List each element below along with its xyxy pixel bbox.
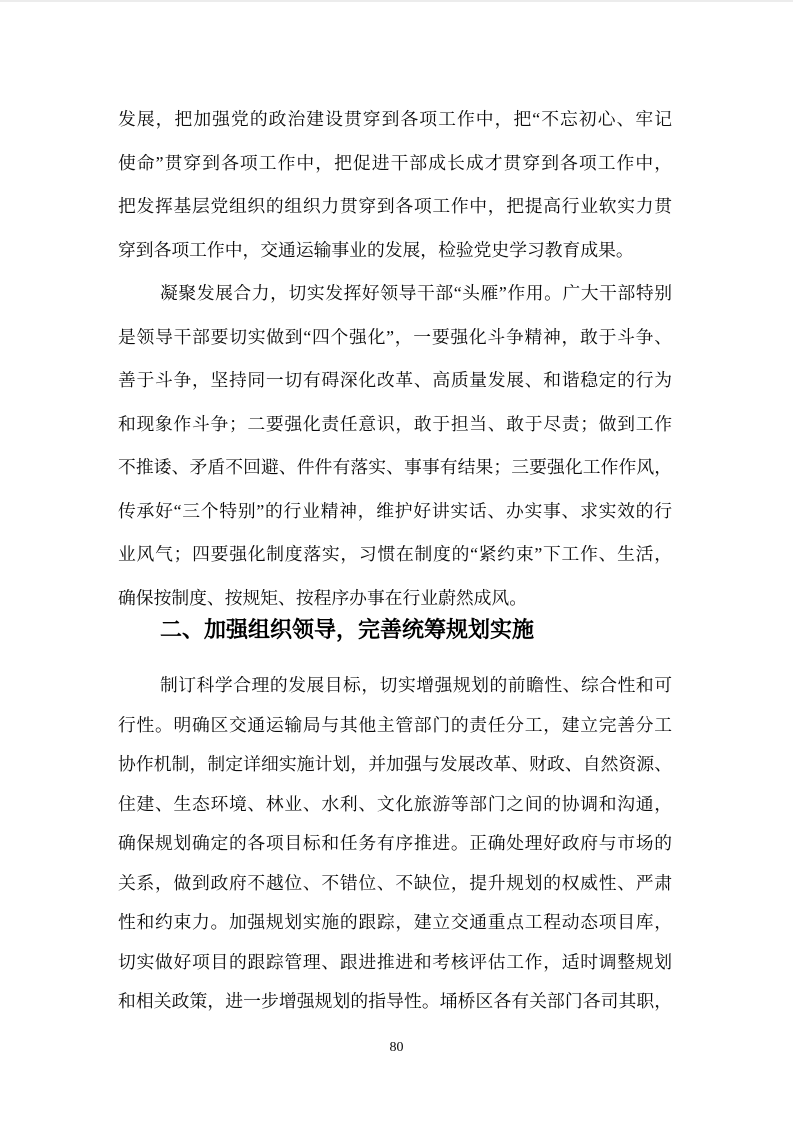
text-line: 凝聚发展合力，切实发挥好领导干部“头雁”作用。广大干部特别: [118, 272, 672, 316]
text-line: 切实做好项目的跟踪管理、跟进推进和考核评估工作，适时调整规划: [118, 943, 672, 983]
text-line: 关系，做到政府不越位、不错位、不缺位，提升规划的权威性、严肃: [118, 864, 672, 904]
section-heading: 二、加强组织领导，完善统筹规划实施: [118, 614, 672, 646]
text-line: 制订科学合理的发展目标，切实增强规划的前瞻性、综合性和可: [118, 666, 672, 706]
text-line: 传承好“三个特别”的行业精神，维护好讲实话、办实事、求实效的行: [118, 490, 672, 534]
text-line: 发展，把加强党的政治建设贯穿到各项工作中，把“不忘初心、牢记: [118, 98, 672, 142]
text-line: 和相关政策，进一步增强规划的指导性。埇桥区各有关部门各司其职，: [118, 982, 672, 1022]
text-line: 业风气；四要强化制度落实，习惯在制度的“紧约束”下工作、生活，: [118, 533, 672, 577]
text-line: 使命”贯穿到各项工作中，把促进干部成长成才贯穿到各项工作中，: [118, 142, 672, 186]
text-line: 不推诿、矛盾不回避、件件有落实、事事有结果；三要强化工作作风，: [118, 446, 672, 490]
text-line: 确保规划确定的各项目标和任务有序推进。正确处理好政府与市场的: [118, 824, 672, 864]
paragraph-2: 凝聚发展合力，切实发挥好领导干部“头雁”作用。广大干部特别是领导干部要切实做到“…: [118, 272, 672, 620]
paragraph-1: 发展，把加强党的政治建设贯穿到各项工作中，把“不忘初心、牢记使命”贯穿到各项工作…: [118, 98, 672, 272]
document-page: 发展，把加强党的政治建设贯穿到各项工作中，把“不忘初心、牢记使命”贯穿到各项工作…: [0, 0, 793, 1122]
text-line: 把发挥基层党组织的组织力贯穿到各项工作中，把提高行业软实力贯: [118, 185, 672, 229]
document-content: 发展，把加强党的政治建设贯穿到各项工作中，把“不忘初心、牢记使命”贯穿到各项工作…: [118, 98, 672, 1022]
page-number: 80: [390, 1040, 404, 1055]
text-line: 和现象作斗争；二要强化责任意识，敢于担当、敢于尽责；做到工作: [118, 403, 672, 447]
text-line: 是领导干部要切实做到“四个强化”，一要强化斗争精神，敢于斗争、: [118, 316, 672, 360]
text-line: 协作机制，制定详细实施计划，并加强与发展改革、财政、自然资源、: [118, 745, 672, 785]
text-line: 穿到各项工作中，交通运输事业的发展，检验党史学习教育成果。: [118, 229, 672, 273]
text-line: 性和约束力。加强规划实施的跟踪，建立交通重点工程动态项目库，: [118, 903, 672, 943]
text-line: 善于斗争，坚持同一切有碍深化改革、高质量发展、和谐稳定的行为: [118, 359, 672, 403]
text-line: 住建、生态环境、林业、水利、文化旅游等部门之间的协调和沟通，: [118, 785, 672, 825]
page-footer: 80: [0, 1038, 793, 1058]
paragraph-3: 制订科学合理的发展目标，切实增强规划的前瞻性、综合性和可行性。明确区交通运输局与…: [118, 666, 672, 1022]
text-line: 行性。明确区交通运输局与其他主管部门的责任分工，建立完善分工: [118, 706, 672, 746]
